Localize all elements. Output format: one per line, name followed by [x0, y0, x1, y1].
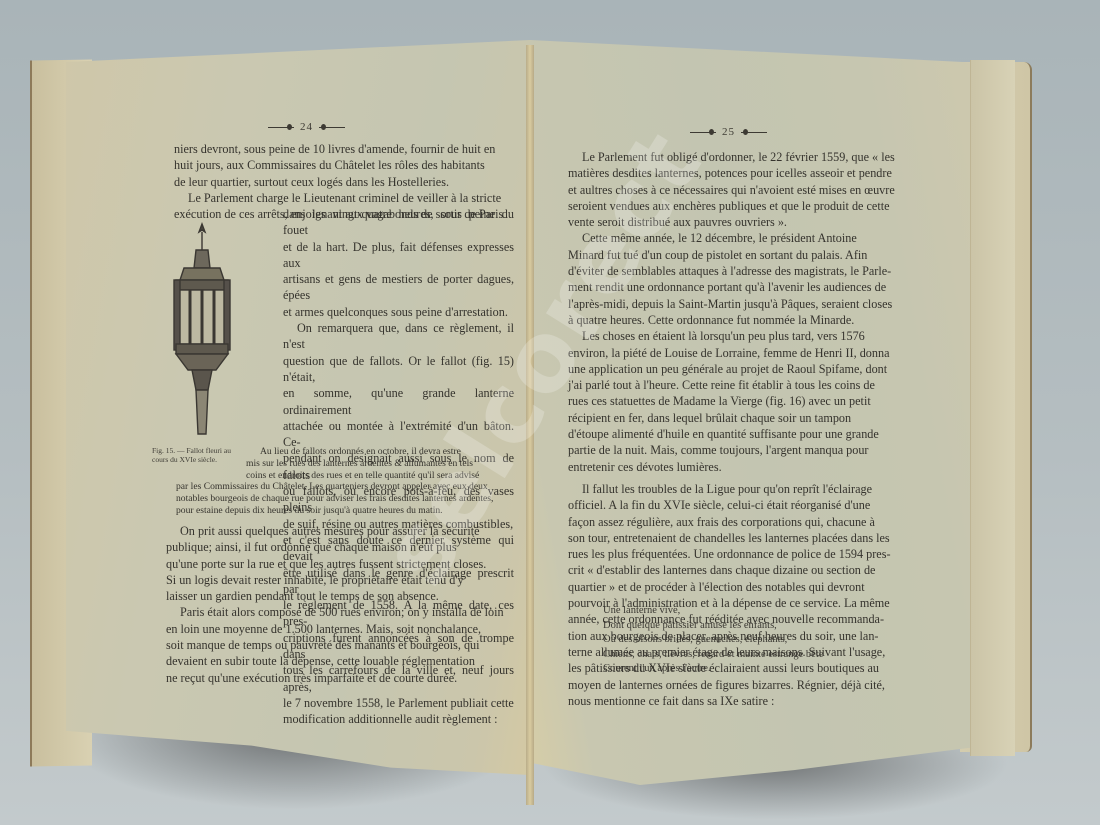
text-line: son tour, entretenaient de chandelles le…: [568, 530, 934, 546]
text-line: Au lieu de fallots ordonnés en octobre, …: [246, 446, 514, 458]
lantern-illustration: [166, 220, 238, 440]
text-line: nous mentionne ce fait dans sa IXe satir…: [568, 693, 934, 709]
verse-line: Où des oisons bridés, guenuches, éléphan…: [603, 633, 823, 648]
left-quote-b: par les Commissaires du Châtelet. Les qu…: [176, 481, 514, 516]
text-line: huit jours, aux Commissaires du Châtelet…: [174, 157, 514, 173]
text-line: et de la hart. De plus, fait défenses ex…: [283, 239, 514, 272]
text-line: Le Parlement fut obligé d'ordonner, le 2…: [568, 149, 934, 165]
text-line: et armes quelconques sous peine d'arrest…: [283, 304, 514, 320]
text-line: officiel. A la fin du XVIe siècle, celui…: [568, 497, 934, 513]
text-line: à quatre heures. Cette ordonnance fut no…: [568, 312, 934, 328]
verse-quote: Une lanterne vive, Dont quelque pâtissie…: [603, 604, 823, 677]
text-line: On remarquera que, dans ce règlement, il…: [283, 320, 514, 353]
text-line: On prit aussi quelques autres mesures po…: [166, 523, 514, 539]
text-line: vente seroit distribué aux pauvres ouvri…: [568, 214, 934, 230]
left-quote-a: Au lieu de fallots ordonnés en octobre, …: [246, 446, 514, 481]
text-line: ment rendit une ordonnance portant qu'à …: [568, 279, 934, 295]
ornament-right-icon: [319, 127, 345, 128]
ornament-right-icon: [741, 132, 767, 133]
text-line: devaient en subir toute la dépense, cett…: [166, 653, 514, 669]
text-line: notables bourgeois de chaque rue pour ad…: [176, 493, 514, 505]
text-line: niers devront, sous peine de 10 livres d…: [174, 141, 514, 157]
ornament-left-icon: [268, 127, 294, 128]
text-line: mis sur les rues des lanternes ardentes …: [246, 458, 514, 470]
text-line: Paris était alors composé de 500 rues en…: [166, 604, 514, 620]
verse-line: Dont quelque pâtissier amuse les enfants…: [603, 619, 823, 634]
text-line: Le Parlement charge le Lieutenant crimin…: [174, 190, 514, 206]
text-line: d'éviter de semblables attaques à l'adre…: [568, 263, 934, 279]
verse-line: Chiens, chats, lièvres, renard et mainte…: [603, 648, 823, 663]
text-line: ne reçut qu'une exécution très imparfait…: [166, 670, 514, 686]
text-line: Minard fut tué d'un coup de pistolet en …: [568, 247, 934, 263]
text-line: partie de la nuit. Mais, comme toujours,…: [568, 442, 934, 458]
text-line: crit « d'establir des lanternes dans cha…: [568, 562, 934, 578]
text-line: j'ai parlé tout à l'heure. Cette reine f…: [568, 377, 934, 393]
book-leaf-right-edge: [970, 60, 1015, 756]
text-line: Il fallut les troubles de la Ligue pour …: [568, 481, 934, 497]
text-line: Les choses en étaient là lorsqu'un peu p…: [568, 328, 934, 344]
page-number: 24: [300, 121, 313, 133]
verse-line: Courent l'un après l'autre.: [603, 662, 823, 677]
text-line: une application un peu générale au proje…: [568, 361, 934, 377]
text-line: artisans et gens de mestiers de porter d…: [283, 271, 514, 304]
verse-line: Une lanterne vive,: [603, 604, 823, 619]
text-line: façon assez régulière, aux frais des cor…: [568, 514, 934, 530]
text-line: l'après-midi, depuis la Saint-Martin jus…: [568, 296, 934, 312]
text-line: Si un logis devait rester inhabité, le p…: [166, 572, 514, 588]
book-gutter: [526, 45, 534, 805]
text-line: matières desdites lanternes, potences po…: [568, 165, 934, 181]
figure-caption: Fig. 15. — Fallot fleuri au cours du XVI…: [152, 446, 240, 464]
text-line: laisser un gardien pendant tout le temps…: [166, 588, 514, 604]
text-line: quartier » et de procéder à l'élection d…: [568, 579, 934, 595]
text-line: par les Commissaires du Châtelet. Les qu…: [176, 481, 514, 493]
text-line: moyen de lanternes ornées de figures biz…: [568, 677, 934, 693]
ornament-left-icon: [690, 132, 716, 133]
text-line: en somme, qu'une grande lanterne ordinai…: [283, 385, 514, 418]
text-line: publique; ainsi, il fut ordonné que chaq…: [166, 539, 514, 555]
text-line: entretenir ces dévotes lumières.: [568, 459, 934, 475]
text-line: dans les vingt-quatre heures, sous peine…: [283, 206, 514, 239]
text-line: de leur quartier, surtout ceux logés dan…: [174, 174, 514, 190]
text-line: et aultres choses à ce nécessaires qui n…: [568, 182, 934, 198]
text-line: récipient en fer, dans lequel brûlait ch…: [568, 410, 934, 426]
text-line: coins et endroits des rues et en telle q…: [246, 470, 514, 482]
text-line: d'étoupe alimenté d'huile en quantité su…: [568, 426, 934, 442]
page-number: 25: [722, 126, 735, 138]
text-line: seroient vendues aux enchères publiques …: [568, 198, 934, 214]
text-line: rues les plus fréquentées. Une ordonnanc…: [568, 546, 934, 562]
text-line: soit manque de temps ou pauvreté des man…: [166, 637, 514, 653]
text-line: en loin une moyenne de 1.500 lanternes. …: [166, 621, 514, 637]
right-page-folio: 25: [690, 126, 767, 138]
text-line: pour estaine depuis dix heures du soir j…: [176, 505, 514, 517]
text-line: modification additionnelle audit règleme…: [283, 711, 514, 727]
text-line: rues ces statuettes de Madame la Vierge …: [568, 393, 934, 409]
text-line: le 7 novembre 1558, le Parlement publiai…: [283, 695, 514, 711]
left-para-4: On prit aussi quelques autres mesures po…: [166, 523, 514, 686]
text-line: question que de fallots. Or le fallot (f…: [283, 353, 514, 386]
text-line: qu'une porte sur la rue et que les autre…: [166, 556, 514, 572]
text-line: Cette même année, le 12 décembre, le pré…: [568, 230, 934, 246]
text-line: environ, la piété de Louise de Lorraine,…: [568, 345, 934, 361]
left-page-folio: 24: [268, 121, 345, 133]
